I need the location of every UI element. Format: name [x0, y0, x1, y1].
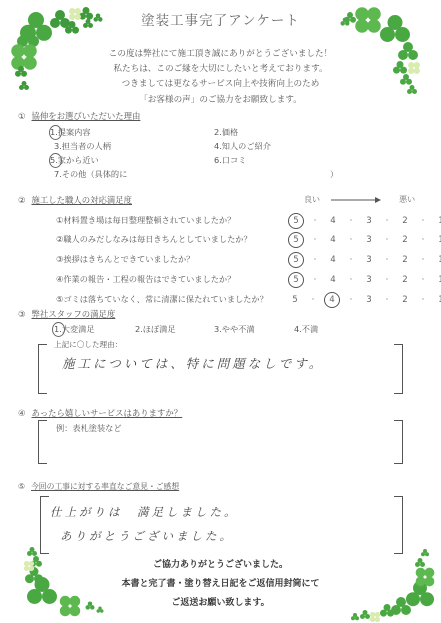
- rating-2[interactable]: 2: [396, 275, 414, 285]
- intro-line: この度は弊社にて施工頂き誠にありがとうございました！: [0, 47, 441, 62]
- question-1: ①材料置き場は毎日整理整頓されていましたか？: [56, 215, 235, 226]
- selected-circle: [49, 125, 62, 140]
- bracket-left: [40, 496, 49, 554]
- rating-5-selected[interactable]: 5: [288, 232, 304, 248]
- rating-1[interactable]: 1: [432, 216, 441, 226]
- rating-row-1[interactable]: 5·4·3·2·1: [286, 213, 441, 229]
- rating-row-3[interactable]: 5·4·3·2·1: [286, 252, 441, 268]
- service-example-text[interactable]: 例：表札塗装など: [56, 423, 122, 434]
- section-title: あったら嬉しいサービスはありますか？: [32, 408, 183, 418]
- reason-other-close: ）: [330, 169, 338, 180]
- rating-2[interactable]: 2: [396, 235, 414, 245]
- intro-line: 「お客様の声」のご協力をお願致します。: [0, 93, 441, 108]
- staff-option-3[interactable]: 3.やや不満: [214, 324, 255, 335]
- staff-option-2[interactable]: 2.ほぼ満足: [135, 324, 176, 335]
- intro-line: つきましては更なるサービス向上や技術向上のため: [0, 77, 441, 92]
- bracket-right: [394, 496, 403, 554]
- rating-1[interactable]: 1: [432, 295, 441, 305]
- option-label: 2.価格: [214, 127, 238, 137]
- section-number: ⑤: [18, 482, 25, 491]
- question-3: ③挨拶はきちんとできていましたか？: [56, 254, 194, 265]
- reason-option-6[interactable]: 6.口コミ: [214, 155, 246, 166]
- rating-4-selected[interactable]: 4: [324, 292, 340, 308]
- question-4: ④作業の報告・工程の報告はできていましたか？: [56, 274, 235, 285]
- reason-label: 上記に〇した理由：: [52, 339, 124, 350]
- scale-header: 良い 悪い: [304, 194, 415, 205]
- section-number: ④: [18, 408, 26, 418]
- survey-title: 塗装工事完了アンケート: [0, 9, 441, 29]
- staff-option-1[interactable]: 1.大変満足: [54, 324, 95, 335]
- rating-row-5[interactable]: 5·4·3·2·1: [286, 292, 441, 308]
- footer-message: ご協力ありがとうございました。 本書と完了書・塗り替え日記をご返信用封筒にて ご…: [0, 556, 441, 613]
- rating-3[interactable]: 3: [360, 235, 378, 245]
- rating-3[interactable]: 3: [360, 255, 378, 265]
- reason-option-2[interactable]: 2.価格: [214, 127, 238, 138]
- rating-1[interactable]: 1: [432, 275, 441, 285]
- reason-option-5[interactable]: 5.家から近い: [50, 155, 99, 166]
- selected-circle: [52, 322, 65, 337]
- section-number: ①: [18, 111, 26, 121]
- rating-3[interactable]: 3: [360, 216, 378, 226]
- footer-line: 本書と完了書・塗り替え日記をご返信用封筒にて: [0, 575, 441, 594]
- option-label: 3.担当者の人柄: [54, 141, 111, 151]
- option-label: 4.不満: [294, 324, 318, 334]
- section-title: 弊社スタッフの満足度: [32, 309, 116, 319]
- reason-option-3[interactable]: 3.担当者の人柄: [54, 141, 111, 152]
- bracket-right: [394, 344, 403, 394]
- staff-option-4[interactable]: 4.不満: [294, 324, 318, 335]
- rating-row-2[interactable]: 5·4·3·2·1: [286, 232, 441, 248]
- section1-heading: ①協伸をお選びいただいた理由: [18, 110, 140, 122]
- section5-heading: ⑤今回の工事に対する率直なご意見・ご感想: [18, 481, 179, 492]
- scale-bad-label: 悪い: [399, 194, 415, 205]
- section-number: ②: [18, 195, 26, 205]
- rating-4[interactable]: 4: [324, 275, 342, 285]
- rating-1[interactable]: 1: [432, 235, 441, 245]
- rating-2[interactable]: 2: [396, 216, 414, 226]
- reason-handwritten-answer[interactable]: 施工については、特に問題なしです。: [62, 354, 324, 372]
- section-title: 施工した職人の対応満足度: [32, 195, 133, 205]
- option-label: 7.その他（具体的に: [54, 169, 127, 179]
- intro-line: 私たちは、このご縁を大切にしたいと考えております。: [0, 62, 441, 77]
- bracket-left: [38, 420, 47, 464]
- comment-handwritten-line-2[interactable]: ありがとうございました。: [60, 528, 234, 544]
- rating-3[interactable]: 3: [360, 295, 378, 305]
- rating-5[interactable]: 5: [286, 295, 304, 305]
- rating-4[interactable]: 4: [324, 255, 342, 265]
- comment-handwritten-line-1[interactable]: 仕上がりは 満足しました。: [50, 504, 239, 520]
- option-label: 2.ほぼ満足: [135, 324, 176, 334]
- bracket-left: [38, 344, 47, 394]
- footer-line: ご協力ありがとうございました。: [0, 556, 441, 575]
- question-2: ②職人のみだしなみは毎日きちんとしていましたか？: [56, 234, 252, 245]
- rating-1[interactable]: 1: [432, 255, 441, 265]
- section-title: 今回の工事に対する率直なご意見・ご感想: [31, 482, 179, 491]
- rating-4[interactable]: 4: [324, 216, 342, 226]
- reason-option-7[interactable]: 7.その他（具体的に: [54, 169, 127, 180]
- intro-text: この度は弊社にて施工頂き誠にありがとうございました！ 私たちは、このご縁を大切に…: [0, 47, 441, 108]
- question-5: ⑤ゴミは落ちていなく、常に清潔に保たれていましたか？: [56, 294, 268, 305]
- bracket-right: [394, 420, 403, 464]
- reason-option-1[interactable]: 1.提案内容: [50, 127, 91, 138]
- section3-heading: ③弊社スタッフの満足度: [18, 308, 115, 320]
- option-label: 3.やや不満: [214, 324, 255, 334]
- reason-option-4[interactable]: 4.知人のご紹介: [214, 141, 271, 152]
- footer-line: ご返送お願い致します。: [0, 594, 441, 613]
- section-number: ③: [18, 309, 26, 319]
- option-label: 6.口コミ: [214, 155, 246, 165]
- scale-good-label: 良い: [304, 194, 320, 205]
- rating-4[interactable]: 4: [324, 235, 342, 245]
- rating-3[interactable]: 3: [360, 275, 378, 285]
- rating-row-4[interactable]: 5·4·3·2·1: [286, 272, 441, 288]
- rating-5-selected[interactable]: 5: [288, 213, 304, 229]
- option-label: 4.知人のご紹介: [214, 141, 271, 151]
- selected-circle: [49, 153, 62, 168]
- rating-5-selected[interactable]: 5: [288, 272, 304, 288]
- rating-2[interactable]: 2: [396, 295, 414, 305]
- arrow-right-icon: [331, 196, 381, 204]
- section-title: 協伸をお選びいただいた理由: [32, 111, 141, 121]
- section4-heading: ④あったら嬉しいサービスはありますか？: [18, 407, 182, 419]
- rating-5-selected[interactable]: 5: [288, 252, 304, 268]
- rating-2[interactable]: 2: [396, 255, 414, 265]
- section2-heading: ②施工した職人の対応満足度: [18, 194, 132, 206]
